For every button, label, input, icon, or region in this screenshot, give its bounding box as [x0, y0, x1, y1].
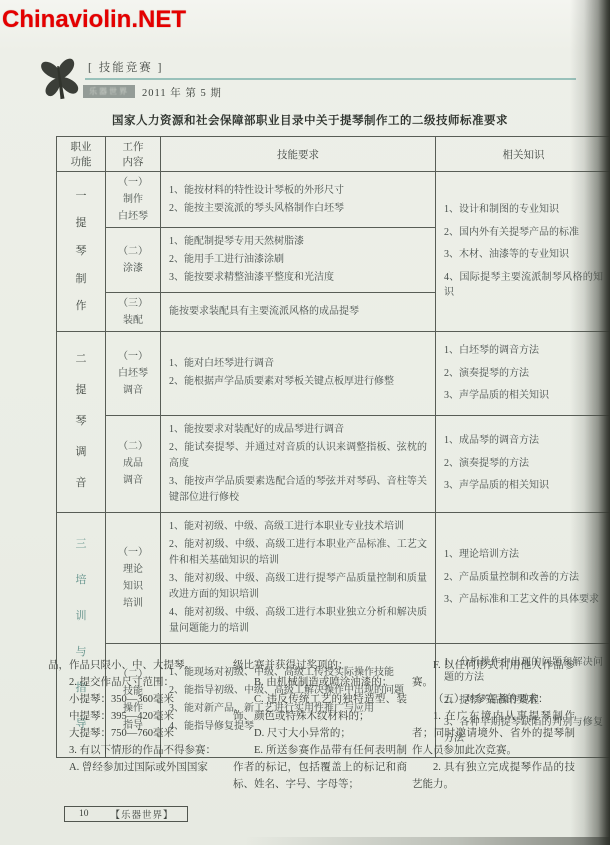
table-header-row: 职业功能工作内容技能要求相关知识 — [57, 137, 610, 172]
knowledge-item: 1、成品琴的调音方法 — [444, 433, 603, 449]
function-label: 二提琴调音 — [61, 334, 101, 510]
function-cell: 二提琴调音 — [57, 332, 106, 513]
skill-item: 能按要求装配具有主要流派风格的成品提琴 — [169, 304, 427, 320]
function-char: 作 — [76, 301, 87, 312]
work-content-line: （三） — [110, 295, 156, 312]
skills-cell: 能按要求装配具有主要流派风格的成品提琴 — [161, 293, 436, 332]
work-content-line: 涂漆 — [110, 260, 156, 277]
work-content-cell: （一）理论知识培训 — [106, 512, 161, 643]
work-content-line: 白坯琴 — [110, 208, 156, 225]
skill-item: 2、能用手工进行油漆涂刷 — [169, 252, 427, 268]
function-char: 琴 — [76, 246, 87, 257]
page-footer: 10 【乐器世界】 — [64, 806, 188, 822]
work-content-line: 调音 — [110, 472, 156, 489]
body-paragraph: B. 由机械制造或喷涂油漆的； — [233, 674, 407, 691]
knowledge-item: 2、演奏提琴的方法 — [444, 456, 603, 472]
work-content-line: 装配 — [110, 312, 156, 329]
header-line: 相关知识 — [440, 147, 607, 162]
butterfly-logo-icon — [37, 54, 83, 107]
work-content-line: 成品 — [110, 455, 156, 472]
body-paragraph: 1. 在广东境内从事提琴制作者；同时邀请境外、省外的提琴制作人员参加此次竞赛。 — [412, 708, 575, 759]
skills-cell: 1、能对初级、中级、高级工进行本职业专业技术培训2、能对初级、中级、高级工进行本… — [161, 512, 436, 643]
work-content-line: 制作 — [110, 191, 156, 208]
page-number: 10 — [79, 809, 89, 819]
body-paragraph: D. 尺寸大小异常的； — [233, 725, 407, 742]
header-rule — [85, 78, 576, 80]
header-work-content: 工作内容 — [106, 137, 161, 172]
function-char: 培 — [76, 575, 87, 586]
skill-item: 1、能对白坯琴进行调音 — [169, 356, 427, 372]
body-paragraph: 2. 具有独立完成提琴作品的技艺能力。 — [412, 759, 575, 793]
header-line: 职业 — [61, 139, 101, 154]
function-char: 音 — [76, 478, 87, 489]
knowledge-item: 1、白坯琴的调音方法 — [444, 343, 603, 359]
scan-edge-bottom-artifact — [0, 837, 610, 845]
knowledge-cell: 1、成品琴的调音方法2、演奏提琴的方法3、声学品质的相关知识 — [436, 415, 610, 512]
body-text-column-1: 品，作品只限小、中、大提琴。2. 提交作品尺寸范围：小提琴：350—360毫米中… — [48, 657, 230, 776]
skill-item: 1、能按要求对装配好的成品琴进行调音 — [169, 422, 427, 438]
issue-box: 乐器世界 — [83, 85, 135, 98]
header-line: 内容 — [110, 154, 156, 169]
body-paragraph: A. 曾经参加过国际或外国国家 — [48, 759, 230, 776]
work-content-line: 白坯琴 — [110, 365, 156, 382]
knowledge-item: 3、产品标准和工艺文件的具体要求 — [444, 592, 603, 608]
function-char: 二 — [76, 354, 87, 365]
knowledge-cell: 1、白坯琴的调音方法2、演奏提琴的方法3、声学品质的相关知识 — [436, 332, 610, 416]
skill-item: 2、能根据声学品质要素对琴板关键点板厚进行修整 — [169, 374, 427, 390]
body-paragraph: 级比赛并获得过奖项的； — [233, 657, 407, 674]
header-line: 技能要求 — [165, 147, 431, 162]
skill-item: 1、能按材料的特性设计琴板的外形尺寸 — [169, 183, 427, 199]
document-title: 国家人力资源和社会保障部职业目录中关于提琴制作工的二级技师标准要求 — [50, 112, 570, 128]
issue-box-label: 乐器世界 — [89, 86, 129, 97]
knowledge-item: 1、设计和制图的专业知识 — [444, 202, 603, 218]
skill-item: 1、能配制提琴专用天然树脂漆 — [169, 234, 427, 250]
issue-text: 2011 年 第 5 期 — [142, 85, 222, 100]
header-skill-requirements: 技能要求 — [161, 137, 436, 172]
knowledge-item: 4、国际提琴主要流派制琴风格的知识 — [444, 270, 603, 301]
knowledge-cell: 1、设计和制图的专业知识2、国内外有关提琴产品的标准3、木材、油漆等的专业知识4… — [436, 172, 610, 332]
work-content-cell: （二）成品调音 — [106, 415, 161, 512]
work-content-cell: （一）白坯琴调音 — [106, 332, 161, 416]
skills-cell: 1、能按要求对装配好的成品琴进行调音2、能试奏提琴、并通过对音质的认识来调整指板… — [161, 415, 436, 512]
body-paragraph: C. 违反传统工艺的独特造型、装饰、颜色或特殊木纹材料的； — [233, 691, 407, 725]
magazine-name: 【乐器世界】 — [111, 807, 174, 821]
skills-cell: 1、能按材料的特性设计琴板的外形尺寸2、能按主要流派的琴头风格制作白坯琴 — [161, 172, 436, 228]
work-content-line: 调音 — [110, 382, 156, 399]
body-paragraph: 2. 提交作品尺寸范围： — [48, 674, 230, 691]
header-occupational-function: 职业功能 — [57, 137, 106, 172]
knowledge-item: 3、声学品质的相关知识 — [444, 388, 603, 404]
skill-item: 1、能对初级、中级、高级工进行本职业专业技术培训 — [169, 519, 427, 535]
knowledge-item: 3、木材、油漆等的专业知识 — [444, 247, 603, 263]
body-paragraph: F. 以任何形式利用他人作品参赛。 — [412, 657, 575, 691]
knowledge-item: 2、演奏提琴的方法 — [444, 366, 603, 382]
function-cell: 一提琴制作 — [57, 172, 106, 332]
header-line: 工作 — [110, 139, 156, 154]
function-char: 提 — [76, 218, 87, 229]
header-related-knowledge: 相关知识 — [436, 137, 610, 172]
work-content-line: （一） — [110, 544, 156, 561]
work-content-cell: （二）涂漆 — [106, 228, 161, 293]
table-row: 二提琴调音（一）白坯琴调音1、能对白坯琴进行调音2、能根据声学品质要素对琴板关键… — [57, 332, 610, 416]
body-text-column-2: 级比赛并获得过奖项的；B. 由机械制造或喷涂油漆的；C. 违反传统工艺的独特造型… — [233, 657, 407, 793]
body-paragraph: E. 所送参赛作品带有任何表明制作者的标记，包括覆盖上的标记和商标、姓名、字号、… — [233, 742, 407, 793]
body-paragraph: 小提琴：350—360毫米 — [48, 691, 230, 708]
function-char: 训 — [76, 611, 87, 622]
skill-item: 2、能按主要流派的琴头风格制作白坯琴 — [169, 201, 427, 217]
knowledge-item: 2、国内外有关提琴产品的标准 — [444, 225, 603, 241]
body-text-column-3: F. 以任何形式利用他人作品参赛。（五）对参赛者的要求：1. 在广东境内从事提琴… — [412, 657, 575, 793]
function-label: 一提琴制作 — [61, 174, 101, 329]
work-content-line: （一） — [110, 174, 156, 191]
work-content-line: （二） — [110, 243, 156, 260]
work-content-line: 理论 — [110, 561, 156, 578]
knowledge-cell: 1、理论培训方法2、产品质量控制和改善的方法3、产品标准和工艺文件的具体要求 — [436, 512, 610, 643]
function-char: 三 — [76, 539, 87, 550]
knowledge-item: 1、理论培训方法 — [444, 547, 603, 563]
function-char: 一 — [76, 191, 87, 202]
knowledge-item: 3、声学品质的相关知识 — [444, 478, 603, 494]
work-content-line: 培训 — [110, 595, 156, 612]
body-paragraph: 品，作品只限小、中、大提琴。 — [48, 657, 230, 674]
work-content-cell: （一）制作白坯琴 — [106, 172, 161, 228]
skill-item: 2、能对初级、中级、高级工进行本职业产品标准、工艺文件和相关基础知识的培训 — [169, 537, 427, 569]
body-paragraph: 中提琴：395—420毫米 — [48, 708, 230, 725]
skill-item: 3、能按要求精整油漆平整度和光洁度 — [169, 270, 427, 286]
function-char: 琴 — [76, 416, 87, 427]
site-watermark: Chinaviolin.NET — [2, 6, 186, 34]
skill-item: 3、能对初级、中级、高级工进行提琴产品质量控制和质量改进方面的知识培训 — [169, 571, 427, 603]
table-row: （二）成品调音1、能按要求对装配好的成品琴进行调音2、能试奏提琴、并通过对音质的… — [57, 415, 610, 512]
work-content-cell: （三）装配 — [106, 293, 161, 332]
knowledge-item: 2、产品质量控制和改善的方法 — [444, 570, 603, 586]
skill-item: 3、能按声学品质要素选配合适的琴弦并对琴码、音柱等关键部位进行修校 — [169, 474, 427, 506]
function-char: 提 — [76, 385, 87, 396]
table-row: 三培训与指导（一）理论知识培训1、能对初级、中级、高级工进行本职业专业技术培训2… — [57, 512, 610, 643]
skills-cell: 1、能配制提琴专用天然树脂漆2、能用手工进行油漆涂刷3、能按要求精整油漆平整度和… — [161, 228, 436, 293]
skill-item: 4、能对初级、中级、高级工进行本职业独立分析和解决质量问题能力的培训 — [169, 605, 427, 637]
work-content-line: 知识 — [110, 578, 156, 595]
table-row: 一提琴制作（一）制作白坯琴1、能按材料的特性设计琴板的外形尺寸2、能按主要流派的… — [57, 172, 610, 228]
work-content-line: （一） — [110, 348, 156, 365]
body-paragraph: 3. 有以下情形的作品不得参赛： — [48, 742, 230, 759]
body-paragraph: 大提琴：750—760毫米 — [48, 725, 230, 742]
skills-cell: 1、能对白坯琴进行调音2、能根据声学品质要素对琴板关键点板厚进行修整 — [161, 332, 436, 416]
body-paragraph: （五）对参赛者的要求： — [412, 691, 575, 708]
work-content-line: （二） — [110, 438, 156, 455]
section-label: [ 技能竞赛 ] — [88, 59, 163, 75]
skill-item: 2、能试奏提琴、并通过对音质的认识来调整指板、弦枕的高度 — [169, 440, 427, 472]
header-line: 功能 — [61, 154, 101, 169]
function-char: 调 — [76, 447, 87, 458]
function-char: 制 — [76, 274, 87, 285]
